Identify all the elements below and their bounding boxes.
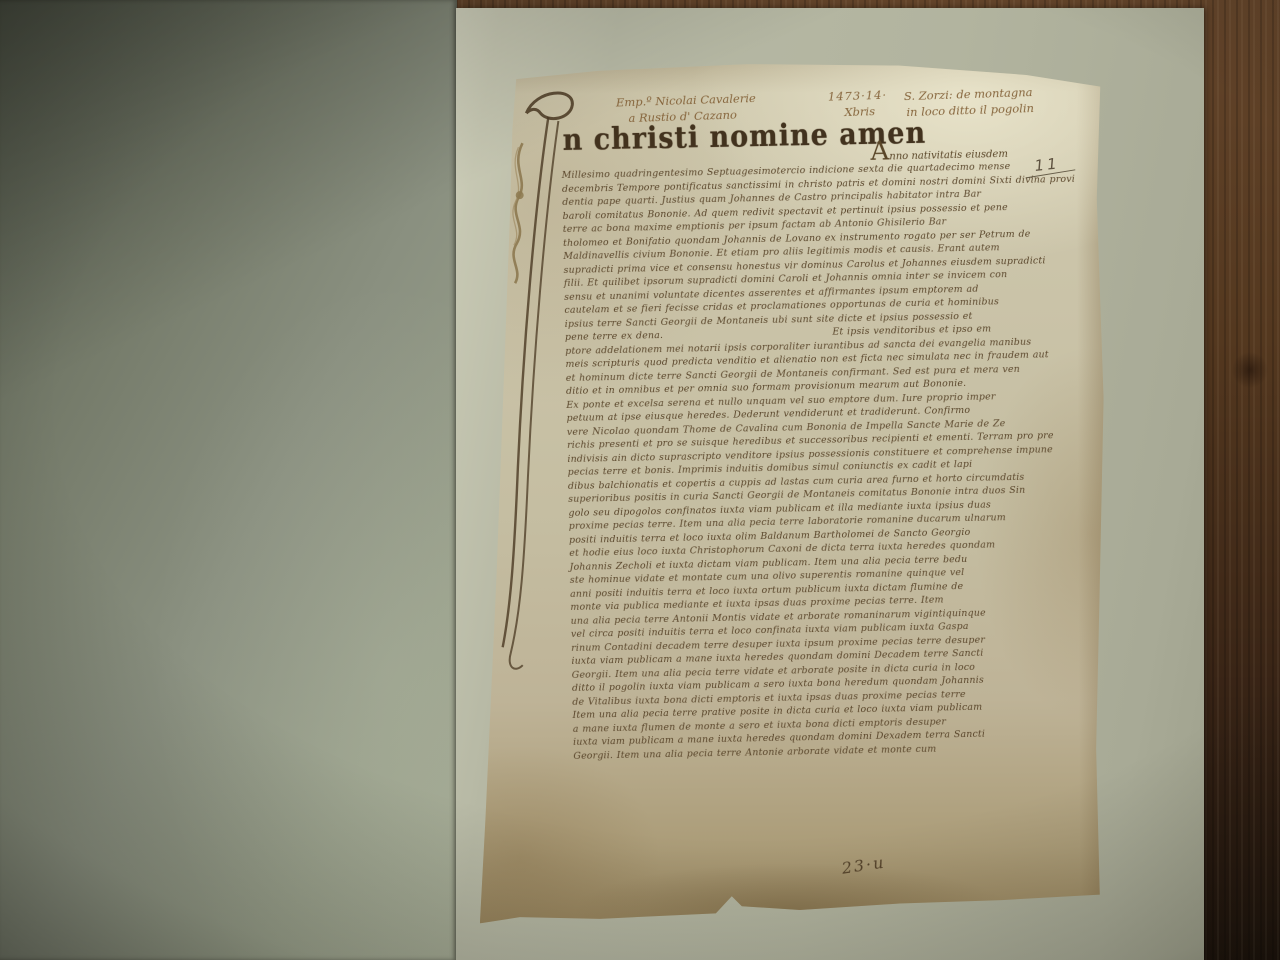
annotation-place: S. Zorzi: de montagna: [904, 85, 1033, 103]
bottom-archival-mark: 23·u: [840, 853, 886, 878]
photo-of-open-book: Emp.º Nicolai Cavalerie 1473·14· S. Zorz…: [0, 0, 1280, 960]
book-left-page: [0, 0, 457, 960]
manuscript-body-text: Millesimo quadringentesimo Septuagesimot…: [562, 159, 1060, 763]
manuscript-sheet: Emp.º Nicolai Cavalerie 1473·14· S. Zorz…: [466, 57, 1112, 928]
annotation-date: 1473·14·: [828, 88, 888, 104]
